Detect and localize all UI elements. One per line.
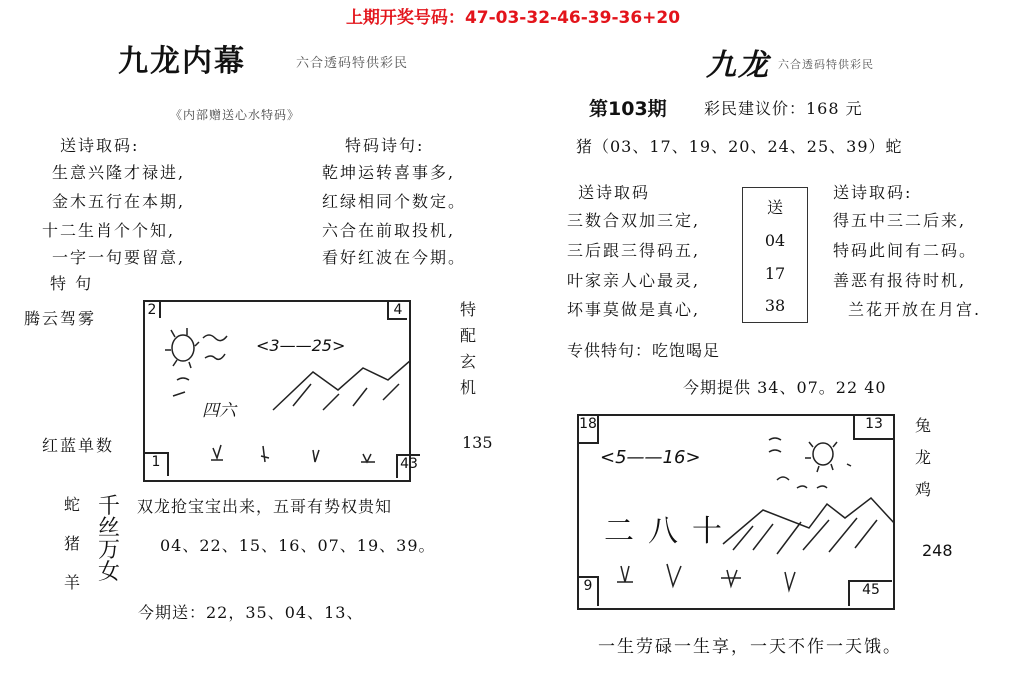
big-char: 丝 bbox=[98, 518, 120, 540]
issue-number: 第103期 bbox=[589, 94, 667, 121]
left-side-number: 135 bbox=[462, 433, 493, 452]
side-zodiac: 龙 bbox=[915, 450, 933, 466]
mountain-icon bbox=[273, 360, 411, 410]
send-label: 送 bbox=[767, 195, 783, 218]
right-poem-line: 叶家亲人心最灵, bbox=[567, 268, 700, 291]
left-code-poem-heading: 特码诗句: bbox=[345, 133, 424, 156]
side-hint-char: 玄 bbox=[460, 354, 478, 370]
left-subtitle: 六合透码特供彩民 bbox=[296, 52, 408, 71]
left-zodiac-list: 蛇 猪 羊 bbox=[64, 492, 82, 593]
send-number: 17 bbox=[765, 264, 785, 283]
side-zodiac: 鸡 bbox=[915, 482, 933, 498]
right-code-poem-line: 兰花开放在月宫. bbox=[848, 297, 981, 320]
last-draw-numbers: 47-03-32-46-39-36+20 bbox=[465, 8, 680, 28]
last-draw-banner: 上期开奖号码：47-03-32-46-39-36+20 bbox=[0, 3, 1026, 28]
right-poem-line: 三后跟三得码五, bbox=[567, 238, 700, 261]
sun-icon bbox=[172, 335, 194, 361]
right-sketch-drawing bbox=[577, 414, 895, 610]
price: 彩民建议价：168 元 bbox=[704, 96, 863, 119]
side-hint-char: 机 bbox=[460, 380, 478, 396]
right-side-vertical: 兔 龙 鸡 bbox=[915, 418, 933, 498]
right-poem-line: 坏事莫做是真心, bbox=[567, 297, 700, 320]
side-hint-vertical: 特 配 玄 机 bbox=[460, 302, 478, 396]
side-hint-char: 配 bbox=[460, 328, 478, 344]
big-char: 千 bbox=[98, 496, 120, 518]
right-subtitle: 六合透码特供彩民 bbox=[778, 56, 874, 72]
today-send: 今期送：22，35、04、13、 bbox=[138, 600, 363, 623]
zodiac: 羊 bbox=[64, 570, 82, 593]
sun-icon bbox=[813, 443, 833, 465]
big-char: 女 bbox=[98, 562, 120, 584]
left-poem-line: 生意兴隆才禄进, bbox=[52, 160, 185, 183]
special-phrase-label: 特 句 bbox=[50, 271, 93, 294]
right-poem-heading: 送诗取码 bbox=[578, 180, 650, 203]
proverb: 一生劳碌一生享，一天不作一天饿。 bbox=[598, 632, 902, 657]
right-code-poem-line: 得五中三二后来, bbox=[833, 208, 966, 231]
left-code-poem-line: 红绿相同个数定。 bbox=[322, 189, 466, 212]
left-code-poem-line: 六合在前取投机, bbox=[322, 218, 455, 241]
special-phrase: 腾云驾雾 bbox=[24, 306, 96, 329]
side-hint-char: 特 bbox=[460, 302, 478, 318]
send-number: 04 bbox=[765, 231, 785, 250]
left-code-poem-line: 乾坤运转喜事多, bbox=[322, 160, 455, 183]
right-special-phrase: 专供特句：吃饱喝足 bbox=[567, 338, 720, 361]
left-sketch-drawing bbox=[143, 300, 411, 482]
zodiac: 猪 bbox=[64, 531, 82, 554]
left-numbers: 04、22、15、16、07、19、39。 bbox=[160, 533, 436, 556]
left-code-poem-line: 看好红波在今期。 bbox=[322, 245, 466, 268]
big-char: 万 bbox=[98, 540, 120, 562]
zodiac: 蛇 bbox=[64, 492, 82, 515]
right-side-number: 248 bbox=[922, 541, 953, 560]
big-chars-vertical: 千 丝 万 女 bbox=[98, 496, 120, 584]
right-code-poem-line: 善恶有报待时机, bbox=[833, 268, 966, 291]
last-draw-label: 上期开奖号码： bbox=[346, 8, 465, 28]
side-zodiac: 兔 bbox=[915, 418, 933, 434]
right-title: 九龙 bbox=[706, 40, 770, 84]
send-number: 38 bbox=[765, 296, 785, 315]
zodiac-numbers: 猪（03、17、19、20、24、25、39）蛇 bbox=[576, 134, 903, 157]
today-provide: 今期提供 34、07。22 40 bbox=[683, 375, 887, 398]
right-code-poem-heading: 送诗取码: bbox=[833, 180, 912, 203]
color-hint: 红蓝单数 bbox=[42, 433, 114, 456]
left-tagline: 《内部赠送心水特码》 bbox=[170, 106, 300, 123]
left-poem-heading: 送诗取码: bbox=[60, 133, 139, 156]
left-poem-line: 一字一句要留意, bbox=[52, 245, 185, 268]
left-verse: 双龙抢宝宝出来，五哥有势权贵知 bbox=[137, 494, 392, 517]
right-code-poem-line: 特码此间有二码。 bbox=[833, 238, 977, 261]
send-number-box: 送 04 17 38 bbox=[742, 187, 808, 323]
mountain-icon bbox=[723, 498, 895, 544]
left-title: 九龙内幕 bbox=[118, 36, 246, 80]
left-poem-line: 十二生肖个个知, bbox=[42, 218, 175, 241]
left-poem-line: 金木五行在本期, bbox=[52, 189, 185, 212]
right-poem-line: 三数合双加三定, bbox=[567, 208, 700, 231]
